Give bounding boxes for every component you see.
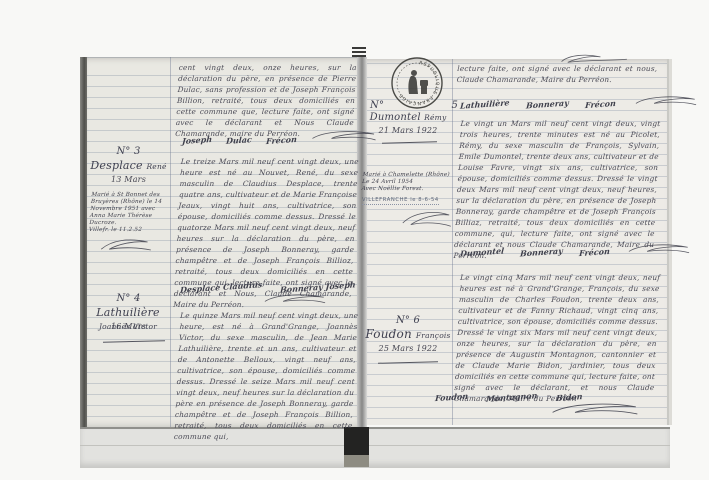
act3-surname: Desplace	[90, 159, 142, 172]
note-line: Anna Marie Thérèse	[90, 213, 168, 220]
act6-signatures: Foudon Montagnon Bidon	[435, 392, 582, 402]
act3-number: N° 3	[87, 146, 170, 157]
note-line: Marié à St Bonnet des	[91, 192, 169, 199]
signature-flourish-icon	[255, 293, 335, 307]
act5-name-heading: Dumontel Rémy	[362, 112, 454, 123]
act6-text: Le vingt cinq Mars mil neuf cent vingt d…	[454, 272, 661, 404]
signature-flourish-icon	[398, 208, 454, 230]
marianne-figure	[408, 70, 428, 94]
signature: Frécon	[579, 246, 611, 258]
note-line: Le 24 Avril 1954	[362, 179, 452, 186]
act3-marriage-note: Marié à St Bonnet des Bruyères (Rhône) l…	[89, 192, 170, 234]
act6-firstname: François	[416, 331, 451, 340]
act2-signatures: Joseph Dulac Frécon	[182, 129, 377, 145]
act5-text: Le vingt un Mars mil neuf cent vingt deu…	[453, 118, 660, 261]
act5-number-prefix: N°	[370, 100, 384, 111]
act6-number: N° 6	[362, 315, 454, 326]
signature: Dulac	[226, 134, 253, 146]
act4-text: Le quinze Mars mil neuf cent vingt deux,…	[174, 310, 359, 442]
signature: Montagnon	[486, 390, 538, 404]
act4-ending-text: lecture faite, ont signé avec le déclara…	[456, 63, 657, 85]
note-line: Bruyères (Rhône) le 14	[90, 199, 168, 206]
act5-signatures: Dumontel Bonneray Frécon	[460, 243, 692, 257]
note-line: Villefr. le 11.2.52	[89, 227, 167, 234]
left-margin-rule	[170, 57, 171, 427]
act6-surname: Foudon	[365, 327, 411, 341]
register-scan-photo: N° 3 Desplace René 13 Mars Marié à St Bo…	[0, 0, 709, 480]
signature: Bonneray	[520, 245, 563, 258]
signature: Frécon	[584, 98, 616, 110]
signature-flourish-icon	[631, 95, 701, 109]
act4-surname: Lathuilière	[96, 306, 159, 319]
act3-name-heading: Desplace René	[85, 159, 172, 172]
signature: Joseph	[182, 134, 213, 146]
signature-flourish-icon	[540, 402, 650, 418]
act5-date: 21 Mars 1922	[362, 126, 454, 135]
villefranche-stamp: VILLEFRANCHE le 8-6-54	[362, 197, 439, 205]
note-line: Ducroze.	[89, 220, 167, 227]
act5-surname: Dumontel	[370, 112, 421, 123]
signature: Foudon	[435, 391, 469, 403]
act6-date: 25 Mars 1922	[362, 344, 454, 353]
signature: Dumontel	[460, 245, 505, 258]
page-block-edge	[80, 427, 670, 468]
note-line: Novembre 1951 avec	[90, 206, 168, 213]
act5-number-row: N° 5	[370, 100, 458, 111]
act5-marriage-note: Marié à Chamelette (Rhône) Le 24 Avril 1…	[361, 172, 452, 193]
act5-number: 5	[451, 100, 458, 111]
act3-signatures: Desplace Claudius Bonneray Joseph	[180, 282, 356, 292]
act6-name-heading: Foudon François	[360, 327, 456, 341]
act4-signatures: Lathuilière Bonneray Frécon	[460, 95, 701, 109]
act2-ending-text: cent vingt deux, onze heures, sur la déc…	[175, 62, 357, 139]
act4-date: 16 Mars	[87, 322, 170, 331]
binding-stitch	[352, 47, 366, 58]
signature-flourish-icon	[98, 238, 154, 254]
act3-date: 13 Mars	[87, 175, 170, 184]
signature: Lathuilière	[460, 97, 510, 111]
signature: Frécon	[266, 134, 298, 146]
book-cover-edge	[80, 57, 87, 427]
act4-number: N° 4	[87, 293, 170, 304]
note-line: Marié à Chamelette (Rhône)	[362, 172, 452, 179]
act3-firstname: René	[146, 162, 166, 171]
note-line: Avec Noëllie Forest.	[361, 186, 451, 193]
act5-firstname: Rémy	[424, 113, 446, 122]
signature: Bonneray	[525, 97, 568, 110]
signature-flourish-icon	[626, 243, 692, 257]
